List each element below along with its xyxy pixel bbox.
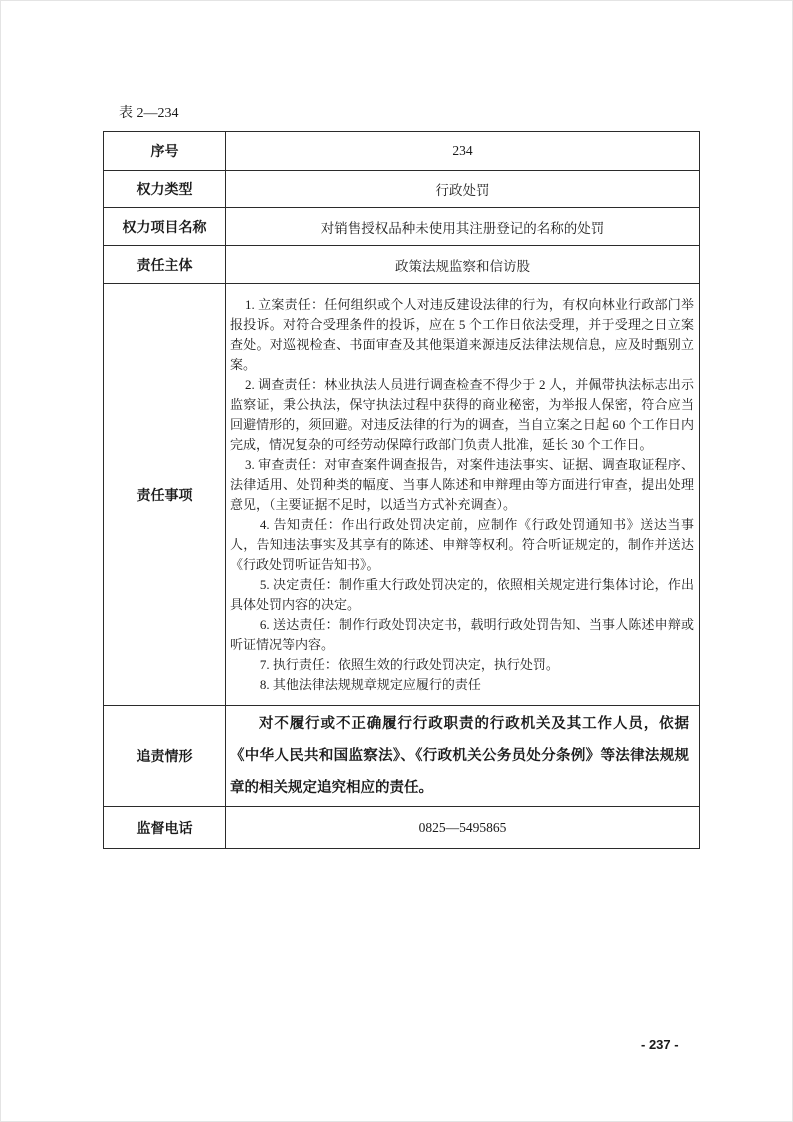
row-label-accountability: 追责情形 xyxy=(104,706,226,807)
document-page: 表 2—234 序号 234 权力类型 行政处罚 权力项目名称 对销售授权品种未… xyxy=(0,0,793,1122)
duty-item: 5. 决定责任：制作重大行政处罚决定的，依照相关规定进行集体讨论，作出具体处罚内… xyxy=(230,575,694,615)
table-row: 监督电话 0825—5495865 xyxy=(104,807,700,849)
duty-item: 8. 其他法律法规规章规定应履行的责任 xyxy=(230,675,694,695)
page-number: - 237 - xyxy=(641,1037,679,1052)
row-label-duty-items: 责任事项 xyxy=(104,284,226,706)
table-row: 责任主体 政策法规监察和信访股 xyxy=(104,246,700,284)
table-row: 权力项目名称 对销售授权品种未使用其注册登记的名称的处罚 xyxy=(104,208,700,246)
supervision-phone-value: 0825—5495865 xyxy=(226,807,700,849)
row-label-power-item-name: 权力项目名称 xyxy=(104,208,226,246)
duty-items-cell: 1. 立案责任：任何组织或个人对违反建设法律的行为，有权向林业行政部门举报投诉。… xyxy=(226,284,700,706)
table-row: 追责情形 对不履行或不正确履行行政职责的行政机关及其工作人员，依据《中华人民共和… xyxy=(104,706,700,807)
serial-number-value: 234 xyxy=(226,132,700,171)
duty-item: 7. 执行责任：依照生效的行政处罚决定，执行处罚。 xyxy=(230,655,694,675)
table-row: 责任事项 1. 立案责任：任何组织或个人对违反建设法律的行为，有权向林业行政部门… xyxy=(104,284,700,706)
row-label-supervision-phone: 监督电话 xyxy=(104,807,226,849)
responsible-body-value: 政策法规监察和信访股 xyxy=(226,246,700,284)
table-caption: 表 2—234 xyxy=(119,105,700,123)
duty-item: 3. 审查责任：对审查案件调查报告，对案件违法事实、证据、调查取证程序、法律适用… xyxy=(230,455,694,515)
duty-item: 4. 告知责任：作出行政处罚决定前，应制作《行政处罚通知书》送达当事人，告知违法… xyxy=(230,515,694,575)
power-item-name-value: 对销售授权品种未使用其注册登记的名称的处罚 xyxy=(226,208,700,246)
power-duty-table: 序号 234 权力类型 行政处罚 权力项目名称 对销售授权品种未使用其注册登记的… xyxy=(103,131,700,849)
table-row: 序号 234 xyxy=(104,132,700,171)
row-label-power-type: 权力类型 xyxy=(104,171,226,208)
row-label-serial-number: 序号 xyxy=(104,132,226,171)
duty-item: 2. 调查责任：林业执法人员进行调查检查不得少于 2 人，并佩带执法标志出示监察… xyxy=(230,375,694,455)
accountability-value: 对不履行或不正确履行行政职责的行政机关及其工作人员，依据《中华人民共和国监察法》… xyxy=(226,706,700,807)
power-type-value: 行政处罚 xyxy=(226,171,700,208)
duty-item: 6. 送达责任：制作行政处罚决定书，载明行政处罚告知、当事人陈述申辩或听证情况等… xyxy=(230,615,694,655)
duty-item: 1. 立案责任：任何组织或个人对违反建设法律的行为，有权向林业行政部门举报投诉。… xyxy=(230,295,694,375)
table-row: 权力类型 行政处罚 xyxy=(104,171,700,208)
table-block: 表 2—234 序号 234 权力类型 行政处罚 权力项目名称 对销售授权品种未… xyxy=(103,105,700,849)
row-label-responsible-body: 责任主体 xyxy=(104,246,226,284)
